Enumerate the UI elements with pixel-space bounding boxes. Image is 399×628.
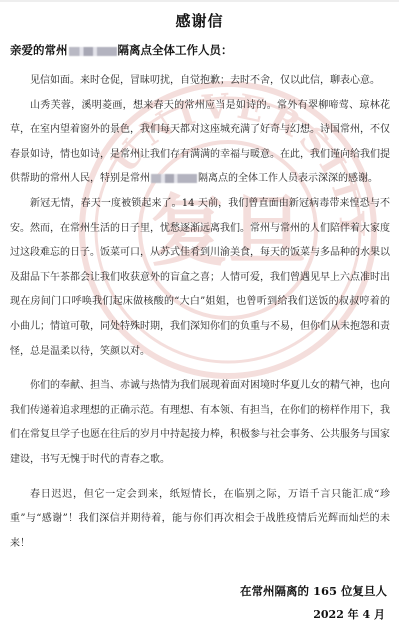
letter-signature: 在常州隔离的 165 位复旦人 [240, 583, 387, 599]
paragraph-appreciation: 你们的奉献、担当、赤诚与热情为我们展现着面对困境时华夏儿女的精气神，也向我们传递… [10, 374, 390, 472]
letter-greeting: 亲爱的常州隔离点全体工作人员： [10, 42, 233, 58]
letter-document: 感谢信 亲爱的常州隔离点全体工作人员： 见信如面。来时仓促，冒昧叨扰，自觉抱歉；… [0, 0, 399, 628]
redacted-location [69, 47, 117, 56]
letter-title: 感谢信 [0, 10, 399, 31]
paragraph-2-tail: 隔离点的全体工作人员表示深深的感谢。 [198, 173, 378, 184]
paragraph-changzhou-spring: 山秀芙蓉，溪明菱画，想来春天的常州应当是如诗的。常外有翠柳啼莺、琼林花草，在室内… [10, 94, 390, 192]
letter-body: 见信如面。来时仓促，冒昧叨扰，自觉抱歉；去时不舍，仅以此信，聊表心意。 山秀芙蓉… [10, 69, 390, 556]
paragraph-farewell: 春日迟迟，但它一定会到来，纸短情长，在临别之际，万语千言只能汇成“珍重”与“感谢… [10, 483, 390, 557]
paragraph-2-text: 山秀芙蓉，溪明菱画，想来春天的常州应当是如诗的。常外有翠柳啼莺、琼林花草，在室内… [10, 100, 390, 185]
paragraph-opening: 见信如面。来时仓促，冒昧叨扰，自觉抱歉；去时不舍，仅以此信，聊表心意。 [10, 69, 390, 94]
paragraph-covid-experience: 新冠无情，春天一度被锁起来了。14 天前，我们曾直面由新冠病毒带来惶恐与不安。然… [10, 192, 390, 364]
letter-date: 2022 年 4 月 [313, 606, 385, 622]
greeting-prefix: 亲爱的常州 [10, 43, 68, 57]
greeting-suffix: 隔离点全体工作人员： [118, 43, 233, 57]
redacted-location [151, 174, 197, 183]
